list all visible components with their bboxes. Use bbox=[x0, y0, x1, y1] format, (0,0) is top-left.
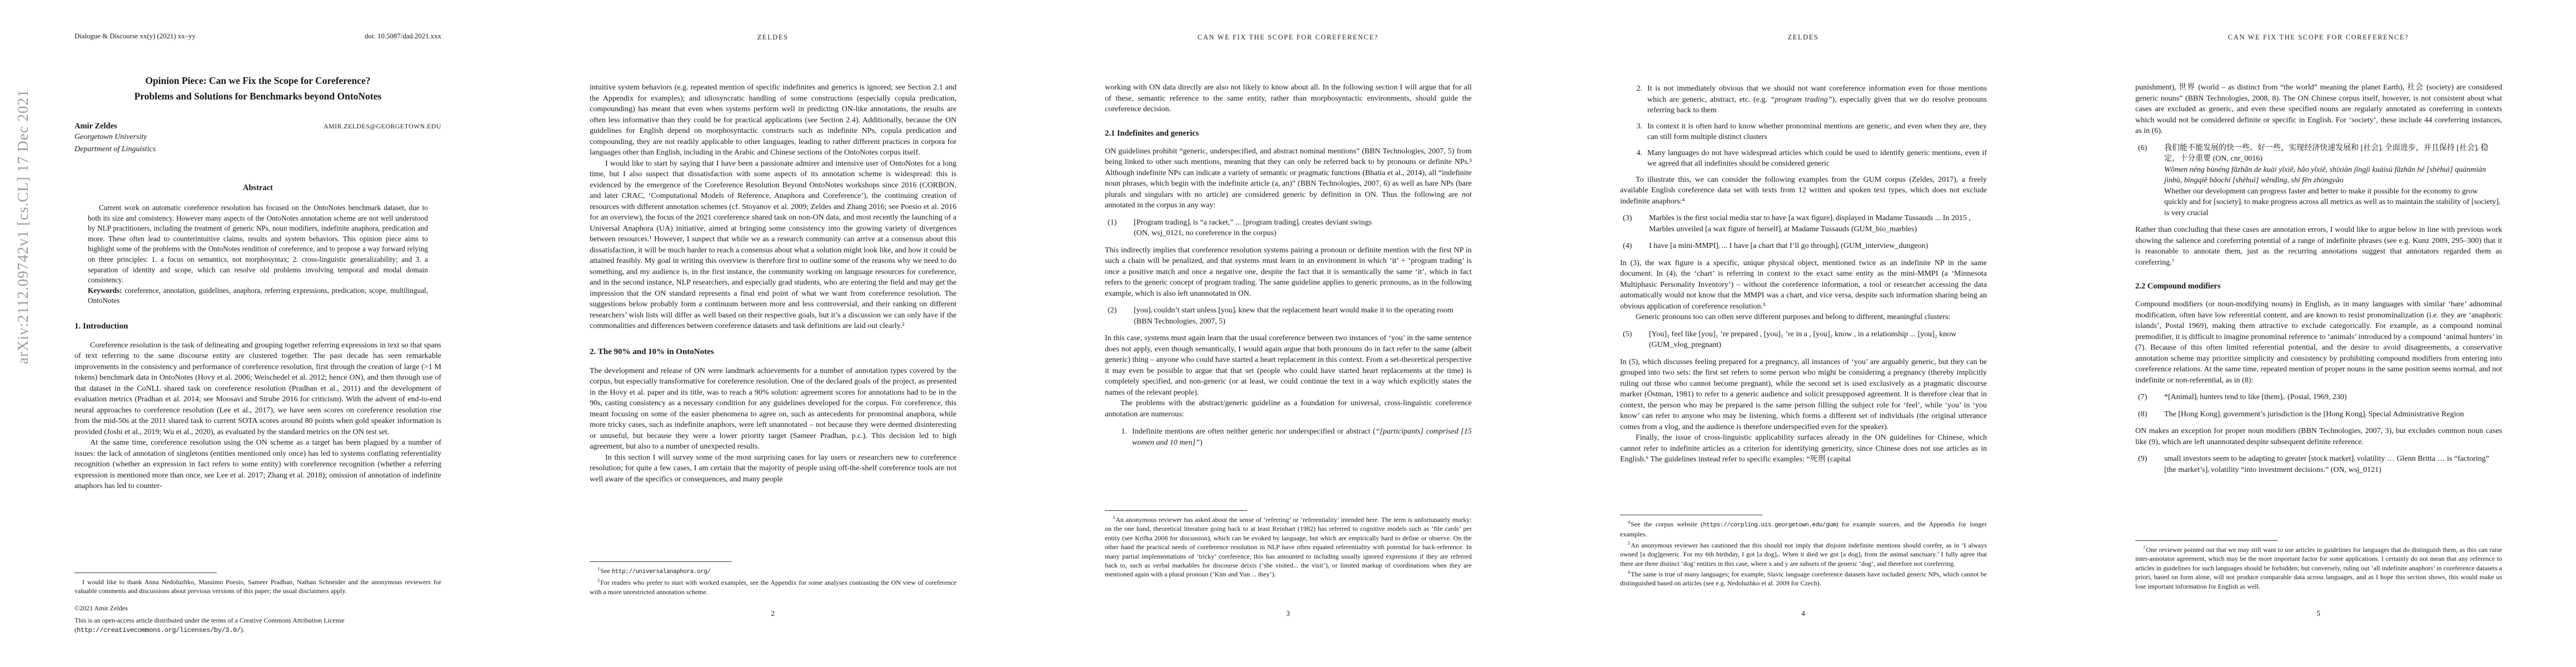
paper-title-line2: Problems and Solutions for Benchmarks be… bbox=[74, 88, 441, 104]
page-number: 5 bbox=[2061, 609, 2576, 618]
page-number: 4 bbox=[1546, 609, 2061, 618]
copyright-line: ©2021 Amir Zeldes bbox=[74, 604, 441, 613]
footnote-url: https://corpling.uis.georgetown.edu/gum bbox=[1703, 522, 1836, 529]
page-5-footnotes: 7One reviewer pointed out that we may st… bbox=[2135, 540, 2502, 593]
paragraph: punishment), 世界 (world – as distinct fro… bbox=[2135, 82, 2502, 137]
paragraph: I would like to start by saying that I h… bbox=[590, 158, 956, 332]
list-item-text: It is not immediately obvious that we sh… bbox=[1647, 83, 1987, 116]
footnote-marker: 6 bbox=[1628, 569, 1630, 575]
footnote-text: An anonymous reviewer has cautioned that… bbox=[1620, 541, 1987, 568]
text-run: ) bbox=[1200, 439, 1203, 447]
paragraph: This indirectly implies that coreference… bbox=[1105, 245, 1472, 300]
abstract-text: Current work on automatic coreference re… bbox=[88, 203, 428, 286]
example-text: I have [a mini-MMPI]ᵢ ... I have [a char… bbox=[1649, 241, 1987, 252]
doi-line: doi: 10.5087/dad.2021.xxx bbox=[365, 32, 441, 41]
example-4: (4) I have [a mini-MMPI]ᵢ ... I have [a … bbox=[1623, 241, 1987, 252]
page-3: CAN WE FIX THE SCOPE FOR COREFERENCE? wo… bbox=[1030, 0, 1546, 667]
list-item-number: 2. bbox=[1630, 83, 1642, 116]
paragraph: In (3), the wax figure is a specific, un… bbox=[1620, 258, 1987, 312]
example-number: (6) bbox=[2138, 143, 2164, 219]
example-number: (1) bbox=[1108, 217, 1134, 239]
paragraph: ON makes an exception for proper noun mo… bbox=[2135, 426, 2502, 447]
list-item-text: In context it is often hard to know whet… bbox=[1647, 121, 1987, 143]
page-1-footer: I would like to thank Anna Nedoluzhko, M… bbox=[74, 573, 441, 635]
text-run: (ON, wsj_0121, no coreference in the cor… bbox=[1134, 229, 1277, 237]
example-text: Marbles is the first social media star t… bbox=[1649, 213, 1987, 235]
author-name: Amir Zeldes bbox=[74, 122, 117, 131]
page-1: arXiv:2112.09742v1 [cs.CL] 17 Dec 2021 D… bbox=[0, 0, 515, 667]
page-number: 3 bbox=[1030, 609, 1546, 618]
author-email: AMIR.ZELDES@GEORGETOWN.EDU bbox=[323, 122, 441, 131]
list-item-text: Many languages do not have widespread ar… bbox=[1647, 148, 1987, 170]
numbered-list-item-1: 1. Indefinite mentions are often neither… bbox=[1115, 426, 1472, 448]
example-number: (9) bbox=[2138, 454, 2164, 475]
footnote-3: 3An anonymous reviewer has asked about t… bbox=[1105, 515, 1472, 579]
page-number: 2 bbox=[515, 609, 1030, 618]
footnote-rule bbox=[74, 573, 217, 573]
footnote-1: 1See http://universalanaphora.org/ bbox=[590, 566, 956, 576]
footnote-rule bbox=[1105, 510, 1247, 511]
page-1-content: Dialogue & Discourse xx(y) (2021) xx–yy … bbox=[74, 0, 441, 565]
example-2: (2) [you]ᵢ couldn’t start unless [you]ᵢ … bbox=[1108, 305, 1472, 327]
paragraph: To illustrate this, we can consider the … bbox=[1620, 175, 1987, 207]
page-2-footnotes: 1See http://universalanaphora.org/ 2For … bbox=[590, 561, 956, 598]
subsection-heading-indefinites: 2.1 Indefinites and generics bbox=[1105, 128, 1472, 139]
list-item-text: Indefinite mentions are often neither ge… bbox=[1132, 426, 1472, 448]
example-text: [You]₁ feel like [you]₁ ’re prepared , [… bbox=[1649, 329, 1987, 351]
numbered-list-item-4: 4. Many languages do not have widespread… bbox=[1630, 148, 1987, 170]
journal-line: Dialogue & Discourse xx(y) (2021) xx–yy bbox=[74, 32, 196, 41]
example-7: (7) *[Animal]ᵢ hunters tend to like [the… bbox=[2138, 392, 2502, 403]
example-number: (3) bbox=[1623, 213, 1649, 235]
paragraph: intuitive system behaviors (e.g. repeate… bbox=[590, 82, 956, 158]
running-head: CAN WE FIX THE SCOPE FOR COREFERENCE? bbox=[2061, 33, 2576, 42]
footnote-acknowledgements: I would like to thank Anna Nedoluzhko, M… bbox=[74, 578, 441, 596]
footnote-5: 5An anonymous reviewer has cautioned tha… bbox=[1620, 541, 1987, 568]
page-5-body: punishment), 世界 (world – as distinct fro… bbox=[2135, 82, 2502, 535]
numbered-list-item-2: 2. It is not immediately obvious that we… bbox=[1630, 83, 1987, 116]
page-3-footnotes: 3An anonymous reviewer has asked about t… bbox=[1105, 510, 1472, 581]
example-1: (1) [Program trading]ᵢ is “a racket,” ..… bbox=[1108, 217, 1472, 239]
footnote-marker: 5 bbox=[1628, 540, 1630, 546]
journal-header-row: Dialogue & Discourse xx(y) (2021) xx–yy … bbox=[74, 0, 441, 41]
author-row: Amir Zeldes AMIR.ZELDES@GEORGETOWN.EDU bbox=[74, 122, 441, 131]
affiliation-university: Georgetown University bbox=[74, 131, 441, 143]
keywords-label: Keywords: bbox=[88, 286, 122, 295]
paragraph: Generic pronouns too can often serve dif… bbox=[1620, 312, 1987, 323]
example-text: *[Animal]ᵢ hunters tend to like [them]ᵢ.… bbox=[2164, 392, 2502, 403]
paragraph: In (5), which discusses feeling prepared… bbox=[1620, 357, 1987, 433]
license-paren-close: ). bbox=[241, 626, 245, 634]
example-number: (4) bbox=[1623, 241, 1649, 252]
arxiv-watermark: arXiv:2112.09742v1 [cs.CL] 17 Dec 2021 bbox=[14, 89, 32, 364]
running-head: ZELDES bbox=[1546, 33, 2061, 42]
footnote-text: For readers who prefer to start with wor… bbox=[590, 579, 956, 595]
example-number: (5) bbox=[1623, 329, 1649, 351]
footnote-marker: 7 bbox=[2143, 545, 2145, 550]
list-item-number: 3. bbox=[1630, 121, 1642, 143]
footnote-4: 4See the corpus website (https://corplin… bbox=[1620, 520, 1987, 539]
example-3: (3) Marbles is the first social media st… bbox=[1623, 213, 1987, 235]
paper-title-line1: Opinion Piece: Can we Fix the Scope for … bbox=[74, 73, 441, 88]
affiliation-department: Department of Linguistics bbox=[74, 143, 441, 156]
example-8: (8) The [Hong Kong]ᵢ government’s jurisd… bbox=[2138, 409, 2502, 420]
text-run: Indefinite mentions are often neither ge… bbox=[1132, 427, 1376, 436]
footnote-marker: 4 bbox=[1628, 519, 1630, 525]
text-run: annotated in the corpus in any way: bbox=[1105, 201, 1215, 210]
footnote-2: 2For readers who prefer to start with wo… bbox=[590, 578, 956, 596]
footnote-text: One reviewer pointed out that we may sti… bbox=[2135, 546, 2502, 590]
footnote-rule bbox=[2135, 540, 2278, 541]
example-text: 我们能不能发展的快一些、好一些，实现经济快速发展和 [社会]ᵢ 全面进步，并且保… bbox=[2164, 143, 2502, 219]
list-item-number: 4. bbox=[1630, 148, 1642, 170]
list-item-number: 1. bbox=[1115, 426, 1127, 448]
paragraph: In this case, systems must again learn t… bbox=[1105, 333, 1472, 398]
page-4-footnotes: 4See the corpus website (https://corplin… bbox=[1620, 515, 1987, 590]
section-heading-introduction: 1. Introduction bbox=[74, 321, 441, 332]
paragraph: Rather than concluding that these cases … bbox=[2135, 225, 2502, 268]
license-text: This is an open-access article distribut… bbox=[74, 616, 345, 624]
example-6: (6) 我们能不能发展的快一些、好一些，实现经济快速发展和 [社会]ᵢ 全面进步… bbox=[2138, 143, 2502, 219]
keywords-text: coreference, annotation, guidelines, ana… bbox=[88, 286, 428, 305]
license-line: This is an open-access article distribut… bbox=[74, 616, 441, 635]
footnote-7: 7One reviewer pointed out that we may st… bbox=[2135, 545, 2502, 591]
example-text: small investors seem to be adapting to g… bbox=[2164, 454, 2502, 475]
example-5: (5) [You]₁ feel like [you]₁ ’re prepared… bbox=[1623, 329, 1987, 351]
example-number: (7) bbox=[2138, 392, 2164, 403]
text-run: [Program trading]ᵢ is “a racket,” ... [p… bbox=[1134, 218, 1372, 227]
page-5: CAN WE FIX THE SCOPE FOR COREFERENCE? pu… bbox=[2061, 0, 2576, 667]
keywords-line: Keywords: coreference, annotation, guide… bbox=[88, 286, 428, 306]
example-text: [you]ᵢ couldn’t start unless [you]ᵢ knew… bbox=[1134, 305, 1472, 327]
page-4: ZELDES 2. It is not immediately obvious … bbox=[1546, 0, 2061, 667]
page-2-body: intuitive system behaviors (e.g. repeate… bbox=[590, 82, 956, 556]
document-canvas: { "watermark": { "text": "arXiv:2112.097… bbox=[0, 0, 2576, 667]
license-url: http://creativecommons.org/licenses/by/3… bbox=[77, 626, 241, 634]
text-run-italic: not bbox=[1462, 191, 1472, 199]
example-chinese: 我们能不能发展的快一些、好一些，实现经济快速发展和 [社会]ᵢ 全面进步，并且保… bbox=[2164, 143, 2502, 165]
example-number: (2) bbox=[1108, 305, 1134, 327]
paragraph: The problems with the abstract/generic g… bbox=[1105, 398, 1472, 420]
footnote-marker: 1 bbox=[597, 566, 600, 571]
text-run: ON guidelines prohibit “generic, undersp… bbox=[1105, 147, 1472, 199]
paragraph: ON guidelines prohibit “generic, undersp… bbox=[1105, 146, 1472, 211]
example-translation: Whether our development can progress fas… bbox=[2164, 186, 2502, 219]
footnote-text: See bbox=[600, 567, 611, 575]
page-4-body: 2. It is not immediately obvious that we… bbox=[1620, 82, 1987, 510]
footnote-url: http://universalanaphora.org/ bbox=[612, 569, 711, 575]
paper-title: Opinion Piece: Can we Fix the Scope for … bbox=[74, 73, 441, 104]
paragraph: The development and release of ON were l… bbox=[590, 366, 956, 452]
paragraph: Coreference resolution is the task of de… bbox=[74, 340, 441, 438]
example-pinyin: Wǒmen néng bùnéng fāzhǎn de kuài yīxiē, … bbox=[2164, 165, 2502, 186]
paragraph: In this section I will survey some of th… bbox=[590, 452, 956, 485]
running-head: ZELDES bbox=[515, 33, 1030, 42]
footnote-rule bbox=[1620, 515, 1762, 515]
page-2: ZELDES intuitive system behaviors (e.g. … bbox=[515, 0, 1030, 667]
paragraph: At the same time, coreference resolution… bbox=[74, 437, 441, 492]
footnote-text: See the corpus website ( bbox=[1631, 520, 1703, 528]
paragraph: Compound modifiers (or noun-modifying no… bbox=[2135, 299, 2502, 386]
running-head: CAN WE FIX THE SCOPE FOR COREFERENCE? bbox=[1030, 33, 1546, 42]
paragraph: Finally, the issue of cross-linguistic a… bbox=[1620, 432, 1987, 465]
footnote-text: The same is true of many languages; for … bbox=[1620, 570, 1987, 587]
abstract-heading: Abstract bbox=[74, 183, 441, 193]
example-9: (9) small investors seem to be adapting … bbox=[2138, 454, 2502, 475]
footnote-rule bbox=[590, 561, 732, 562]
example-number: (8) bbox=[2138, 409, 2164, 420]
footnote-marker: 3 bbox=[1113, 515, 1115, 520]
subsection-heading-compound: 2.2 Compound modifiers bbox=[2135, 281, 2502, 292]
numbered-list-item-3: 3. In context it is often hard to know w… bbox=[1630, 121, 1987, 143]
footnote-6: 6The same is true of many languages; for… bbox=[1620, 570, 1987, 588]
text-run-italic: “program trading” bbox=[1771, 96, 1832, 104]
example-text: [Program trading]ᵢ is “a racket,” ... [p… bbox=[1134, 217, 1472, 239]
example-text: The [Hong Kong]ᵢ government’s jurisdicti… bbox=[2164, 409, 2502, 420]
section-heading-ontonotes: 2. The 90% and 10% in OntoNotes bbox=[590, 346, 956, 357]
page-3-body: working with ON data directly are also n… bbox=[1105, 82, 1472, 505]
footnote-marker: 2 bbox=[597, 578, 600, 583]
paragraph: working with ON data directly are also n… bbox=[1105, 82, 1472, 115]
footnote-text: An anonymous reviewer has asked about th… bbox=[1105, 516, 1472, 578]
